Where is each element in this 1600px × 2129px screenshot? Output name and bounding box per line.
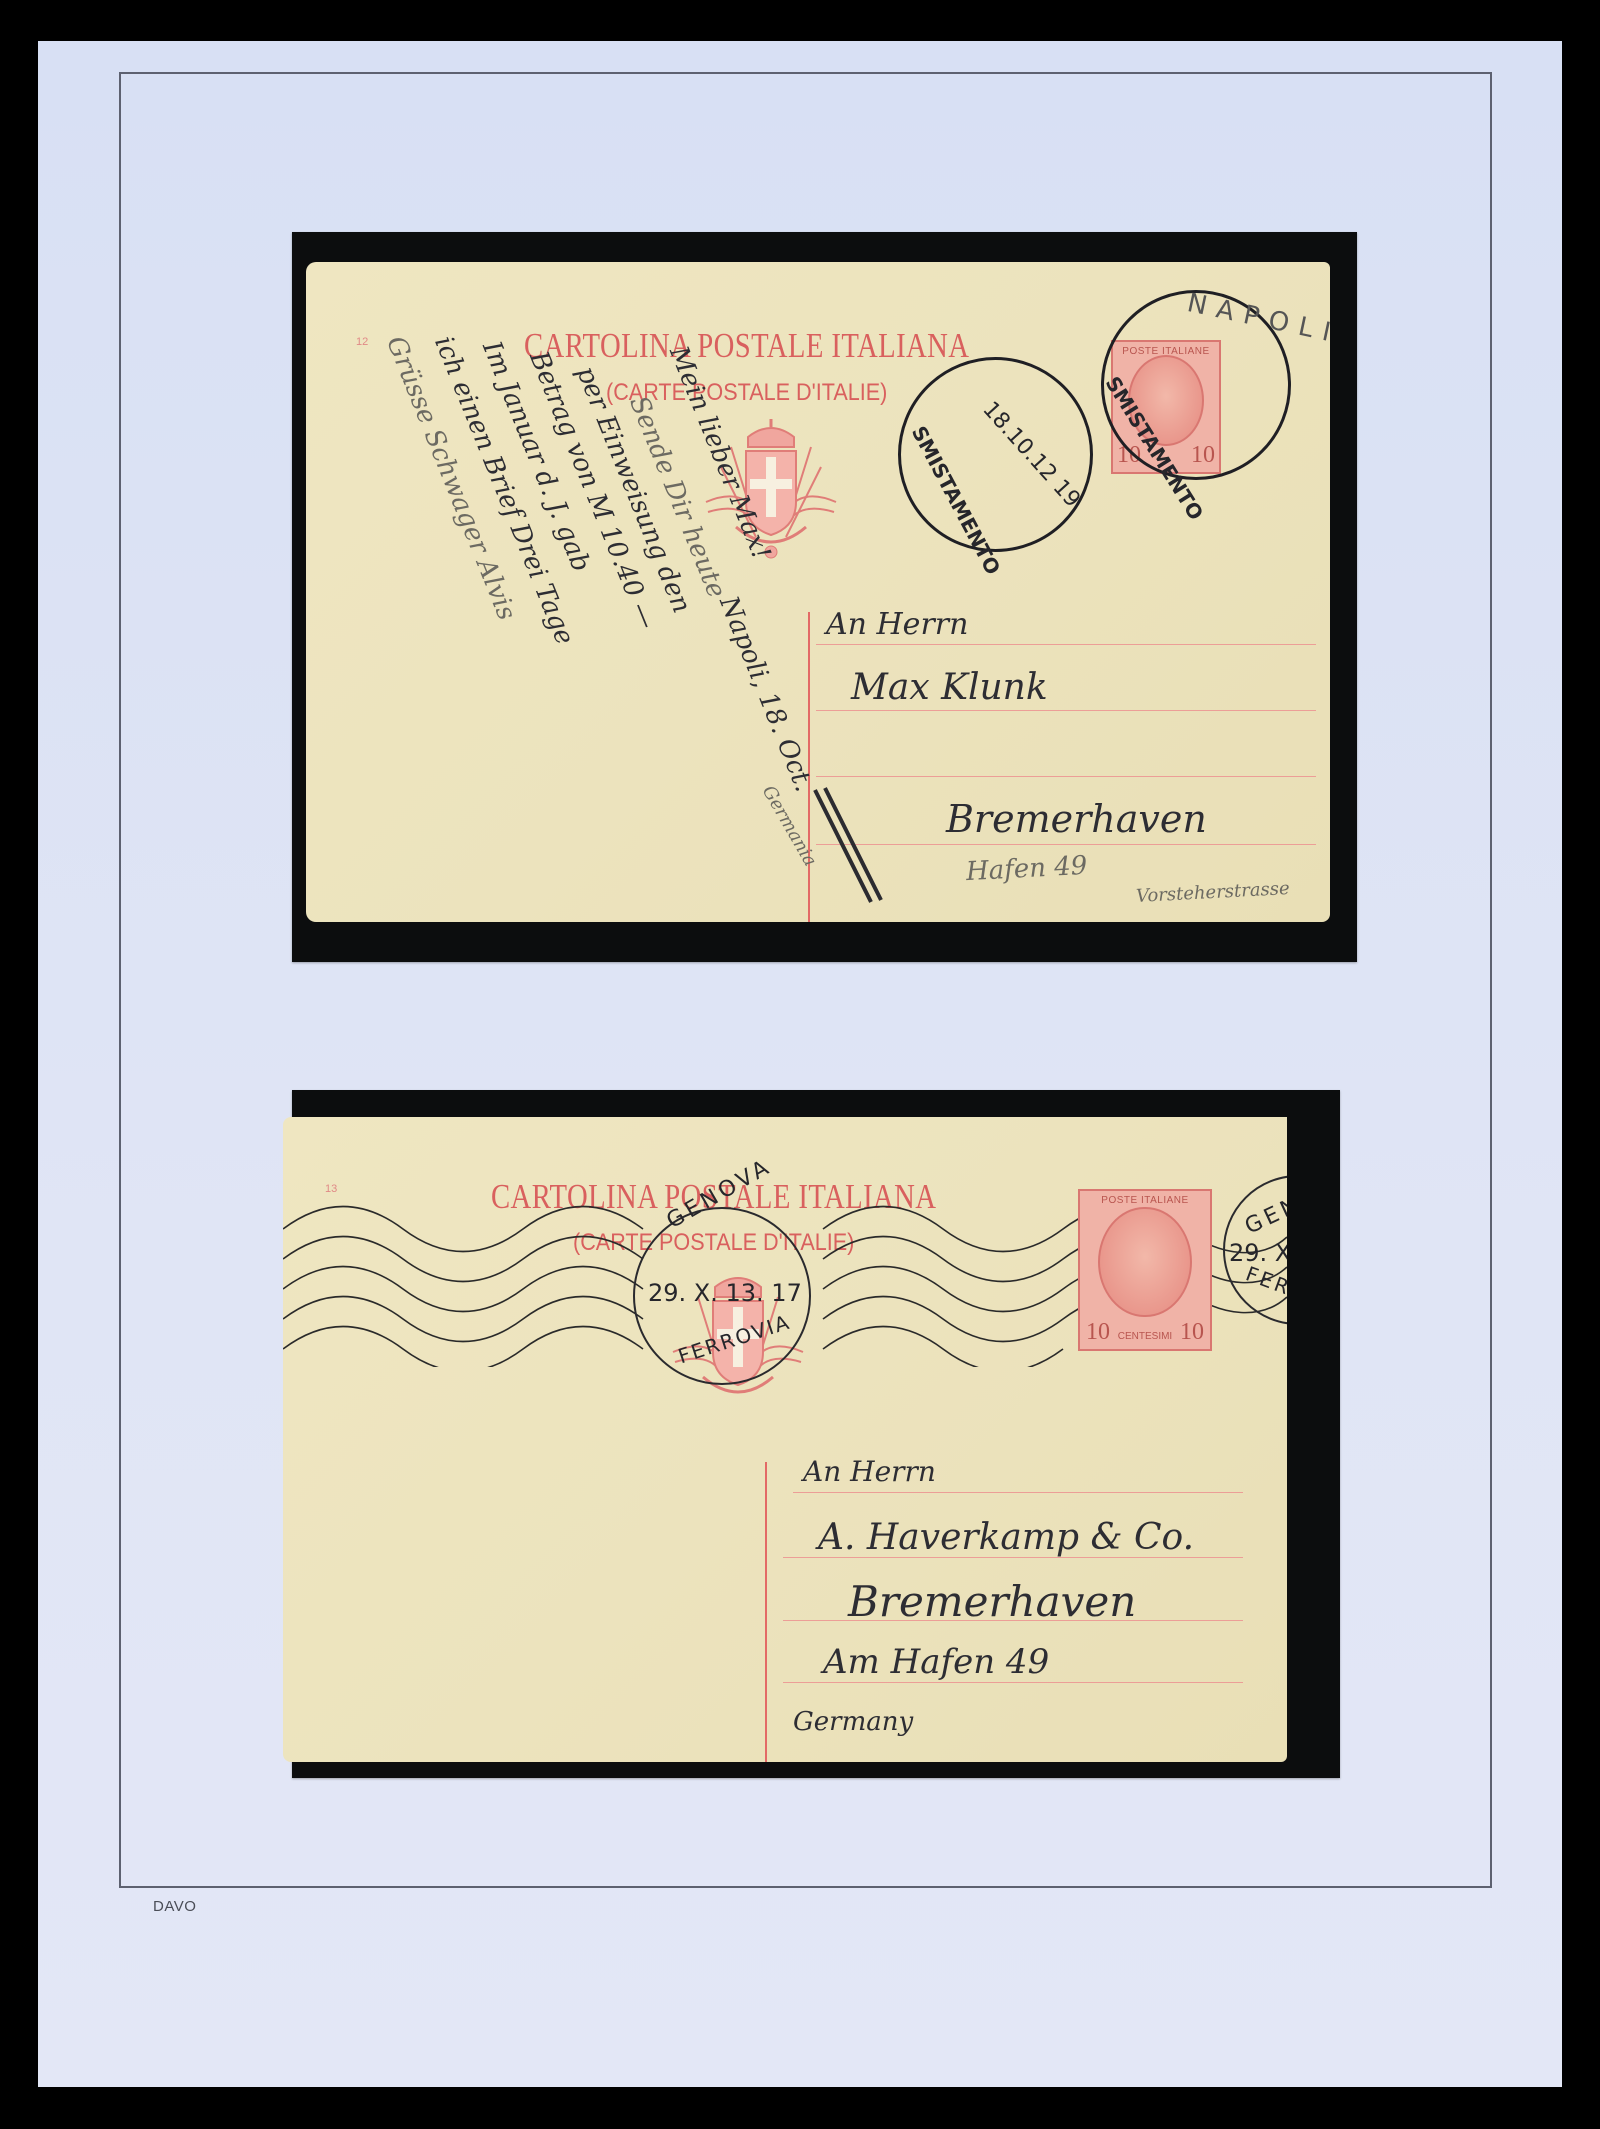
address-line [816,710,1316,711]
address-line [816,644,1316,645]
address-line [816,844,1316,845]
stamp-top-label: POSTE ITALIANE [1080,1195,1210,1206]
handwritten-message: Napoli, 18. Oct. Mein lieber Max! Sende … [346,332,866,892]
postcard-1[interactable]: 12 CARTOLINA POSTALE ITALIANA (CARTE POS… [306,262,1330,922]
stamp-value-right: 10 [1180,1319,1204,1346]
postmark-date: 29. X. [1229,1239,1287,1267]
address-city: Bremerhaven [848,1577,1136,1626]
address-street: Hafen 49 [965,851,1088,887]
address-line [816,776,1316,777]
address-name: A. Haverkamp & Co. [818,1517,1194,1558]
imprinted-stamp: POSTE ITALIANE 10 CENTESIMI 10 [1078,1189,1212,1351]
address-divider [765,1462,767,1762]
address-street: Am Hafen 49 [823,1642,1049,1682]
postmark-date: 29. X. 13. 17 [648,1279,802,1307]
address-salutation: An Herrn [803,1455,936,1488]
postcard-2[interactable]: 13 CARTOLINA POSTALE ITALIANA (CARTE POS… [283,1117,1287,1762]
address-country: Germany [793,1707,913,1737]
address-line [793,1492,1243,1493]
address-line [783,1682,1243,1683]
address-name: Max Klunk [851,667,1048,708]
publisher-label: DAVO [153,1898,196,1915]
king-portrait-icon [1098,1207,1192,1318]
message-line: Napoli, 18. Oct. [713,592,819,796]
address-note: Vorsteherstrasse [1136,878,1291,907]
address-city: Bremerhaven [946,797,1207,841]
